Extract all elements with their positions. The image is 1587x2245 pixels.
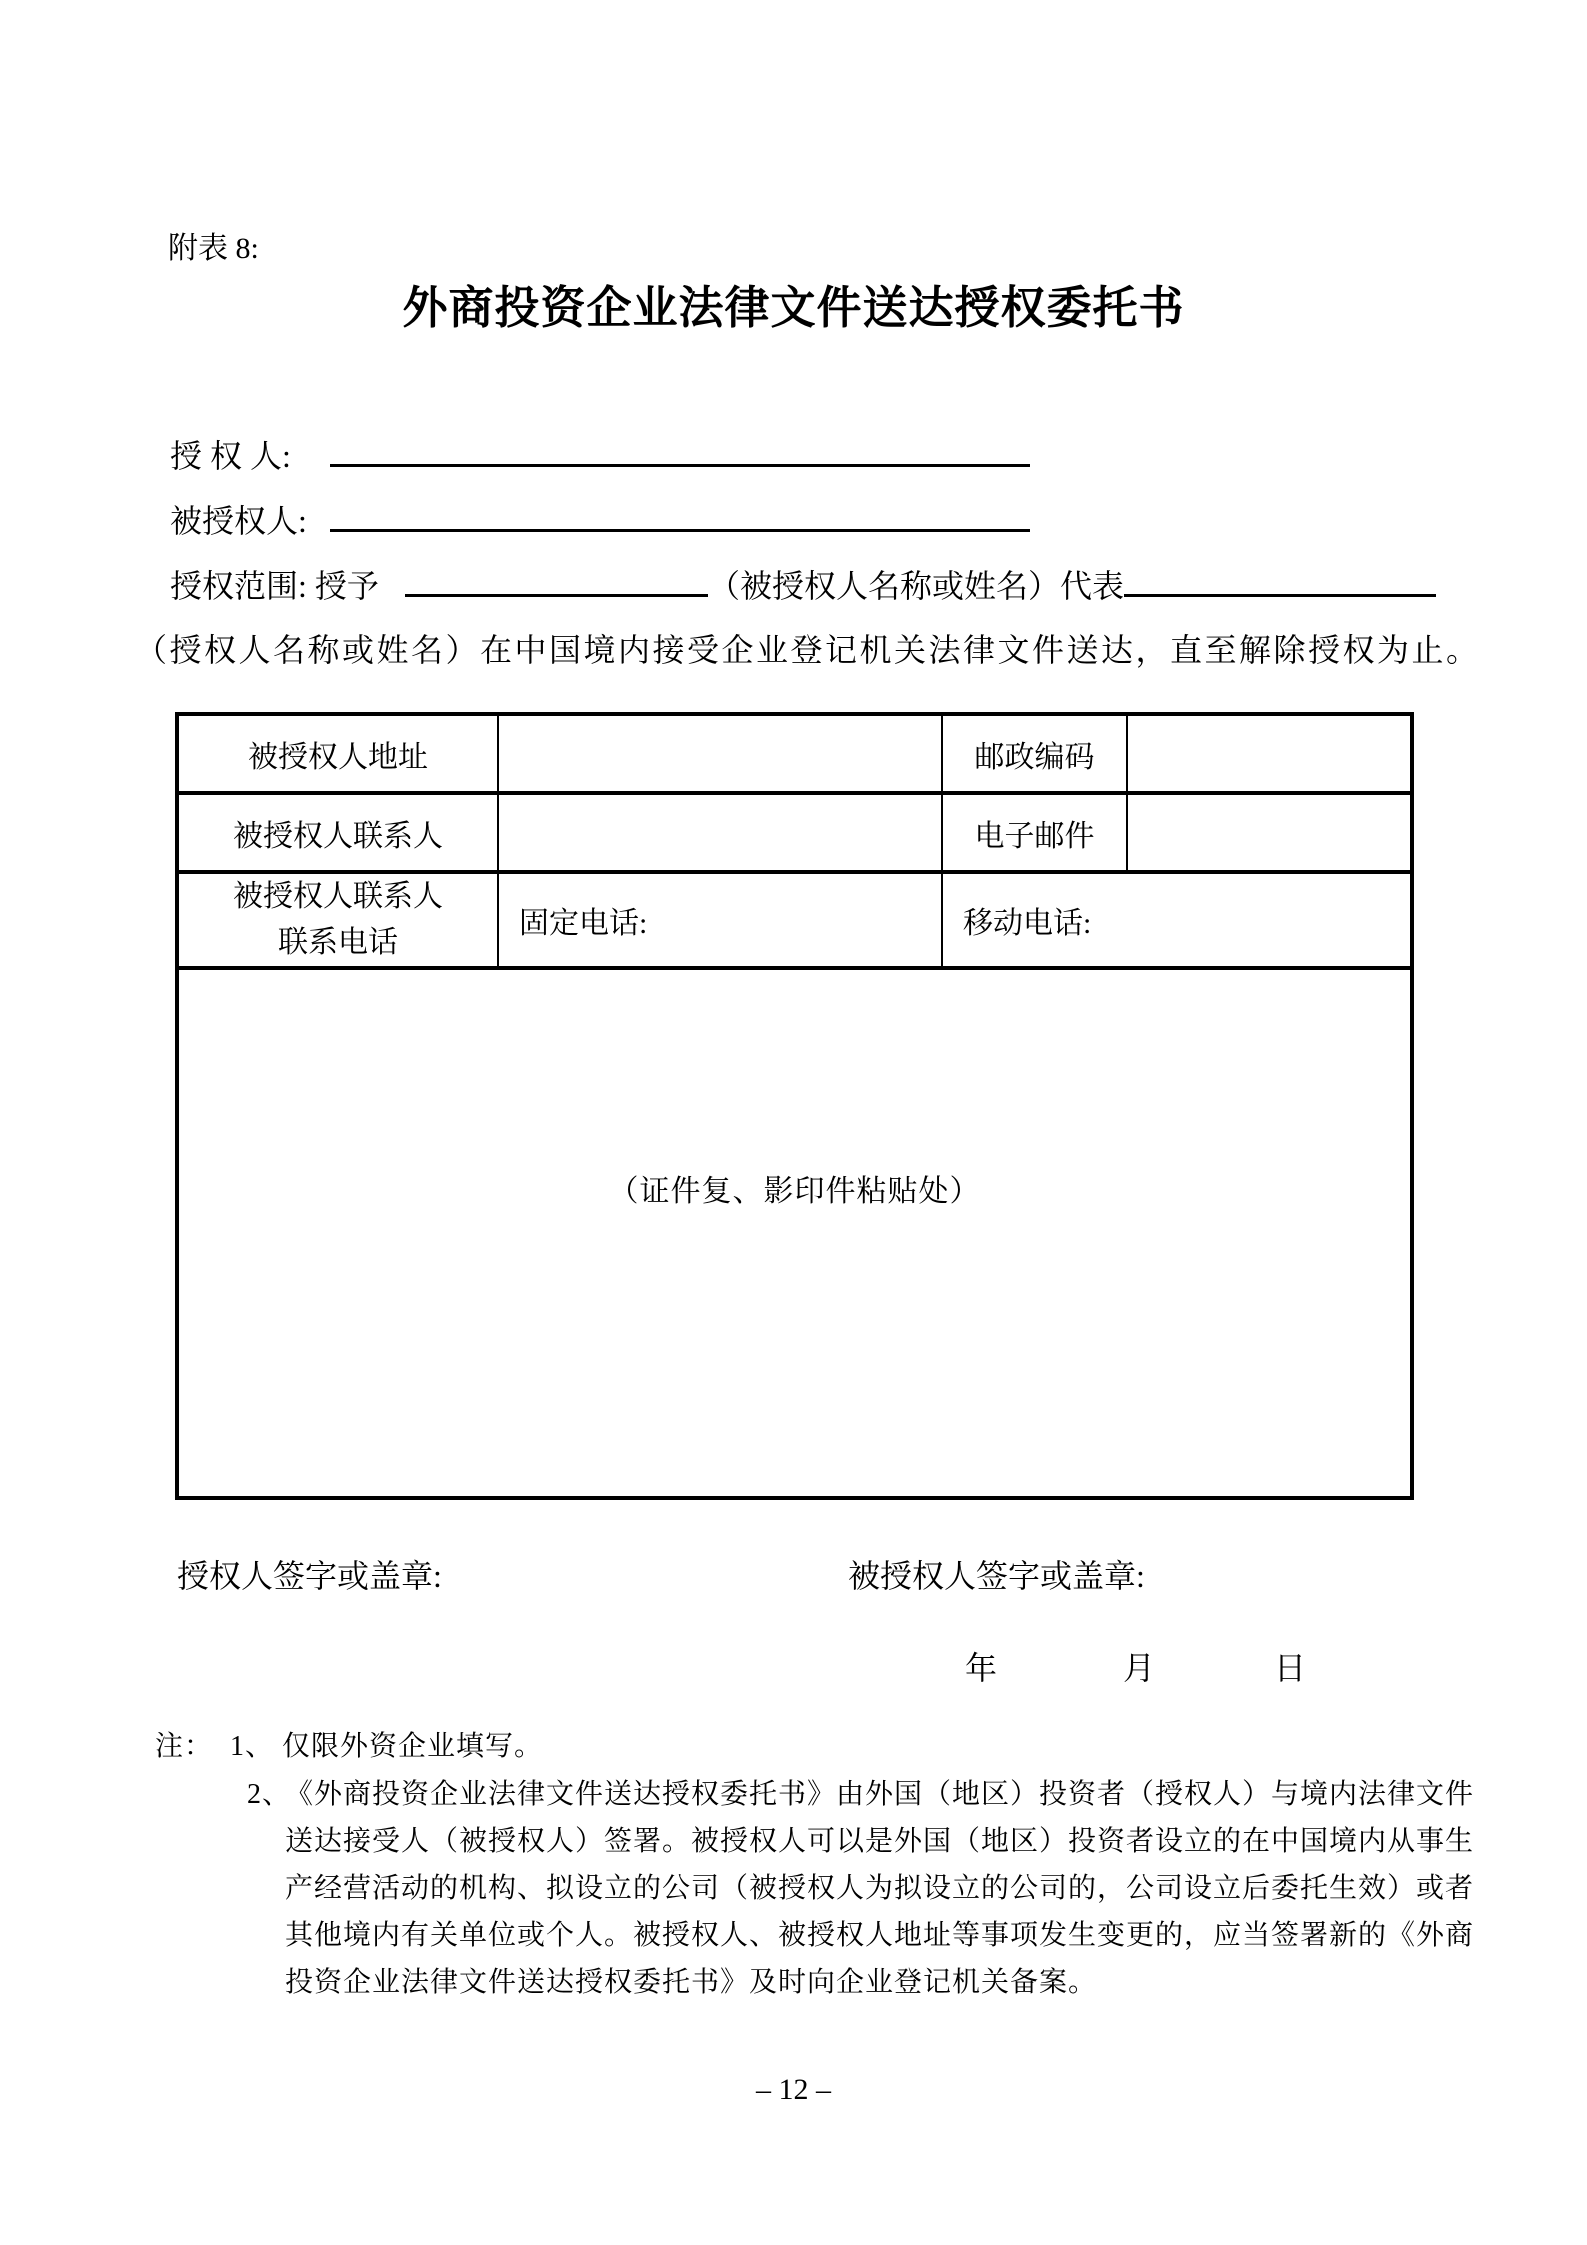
mobile-phone-cell[interactable]: 移动电话: <box>943 874 1410 966</box>
scope-line: 授权范围: 授予（被授权人名称或姓名）代表 <box>170 566 1436 606</box>
postcode-label-cell: 邮政编码 <box>943 716 1128 791</box>
scope-middle-label: （被授权人名称或姓名）代表 <box>708 566 1124 606</box>
email-value-cell[interactable] <box>1128 795 1410 870</box>
postcode-value-cell[interactable] <box>1128 716 1410 791</box>
address-label-cell: 被授权人地址 <box>179 716 499 791</box>
principal-line: 授 权 人: <box>170 436 1030 476</box>
principal-fill-line[interactable] <box>330 462 1030 467</box>
note1-number: 1、 <box>230 1730 274 1764</box>
paste-area-label: （证件复、影印件粘贴处） <box>179 1166 1410 1210</box>
agent-info-table: 被授权人地址 邮政编码 被授权人联系人 电子邮件 被授权人联系人 联系电话 固定… <box>175 712 1414 1500</box>
table-row-address: 被授权人地址 邮政编码 <box>179 716 1410 795</box>
attachment-label: 附表 8: <box>168 231 259 267</box>
note2-line-4: 其他境内有关单位或个人。被授权人、被授权人地址等事项发生变更的，应当签署新的《外… <box>285 1919 1474 1953</box>
phone-label-cell: 被授权人联系人 联系电话 <box>179 874 499 966</box>
document-page: 附表 8: 外商投资企业法律文件送达授权委托书 授 权 人: 被授权人: 授权范… <box>0 0 1587 2245</box>
email-label-cell: 电子邮件 <box>943 795 1128 870</box>
paste-area-cell[interactable]: （证件复、影印件粘贴处） <box>179 970 1410 1496</box>
fixed-phone-cell[interactable]: 固定电话: <box>499 874 943 966</box>
scope-label: 授权范围: 授予 <box>170 566 405 606</box>
notes-mark: 注： <box>155 1730 213 1764</box>
principal-signature-label: 授权人签字或盖章: <box>177 1556 442 1596</box>
scope-fill-line-1[interactable] <box>405 592 708 597</box>
agent-line: 被授权人: <box>170 501 1030 541</box>
scope-continuation-text: （授权人名称或姓名）在中国境内接受企业登记机关法律文件送达，直至解除授权为止。 <box>135 630 1481 670</box>
address-value-cell[interactable] <box>499 716 943 791</box>
note2-line-2: 送达接受人（被授权人）签署。被授权人可以是外国（地区）投资者设立的在中国境内从事… <box>285 1825 1474 1859</box>
document-title: 外商投资企业法律文件送达授权委托书 <box>0 282 1587 334</box>
date-month-label: 月 <box>1123 1648 1155 1688</box>
note2-line-1: 《外商投资企业法律文件送达授权委托书》由外国（地区）投资者（授权人）与境内法律文… <box>285 1778 1474 1812</box>
note2-line-5: 投资企业法律文件送达授权委托书》及时向企业登记机关备案。 <box>285 1966 1097 2000</box>
phone-label-line1: 被授权人联系人 <box>233 874 443 920</box>
page-number: – 12 – <box>0 2072 1587 2108</box>
table-row-phone: 被授权人联系人 联系电话 固定电话: 移动电话: <box>179 874 1410 970</box>
table-row-contact: 被授权人联系人 电子邮件 <box>179 795 1410 874</box>
agent-fill-line[interactable] <box>330 527 1030 532</box>
agent-signature-label: 被授权人签字或盖章: <box>848 1556 1145 1596</box>
contact-value-cell[interactable] <box>499 795 943 870</box>
date-day-label: 日 <box>1274 1648 1306 1688</box>
table-row-paste-area: （证件复、影印件粘贴处） <box>179 970 1410 1496</box>
contact-label-cell: 被授权人联系人 <box>179 795 499 870</box>
note2-line-3: 产经营活动的机构、拟设立的公司（被授权人为拟设立的公司的，公司设立后委托生效）或… <box>285 1872 1474 1906</box>
principal-label: 授 权 人: <box>170 436 320 476</box>
scope-fill-line-2[interactable] <box>1124 592 1436 597</box>
date-year-label: 年 <box>965 1648 997 1688</box>
note1-text: 仅限外资企业填写。 <box>282 1730 543 1764</box>
agent-label: 被授权人: <box>170 501 320 541</box>
phone-label-line2: 联系电话 <box>278 920 398 966</box>
